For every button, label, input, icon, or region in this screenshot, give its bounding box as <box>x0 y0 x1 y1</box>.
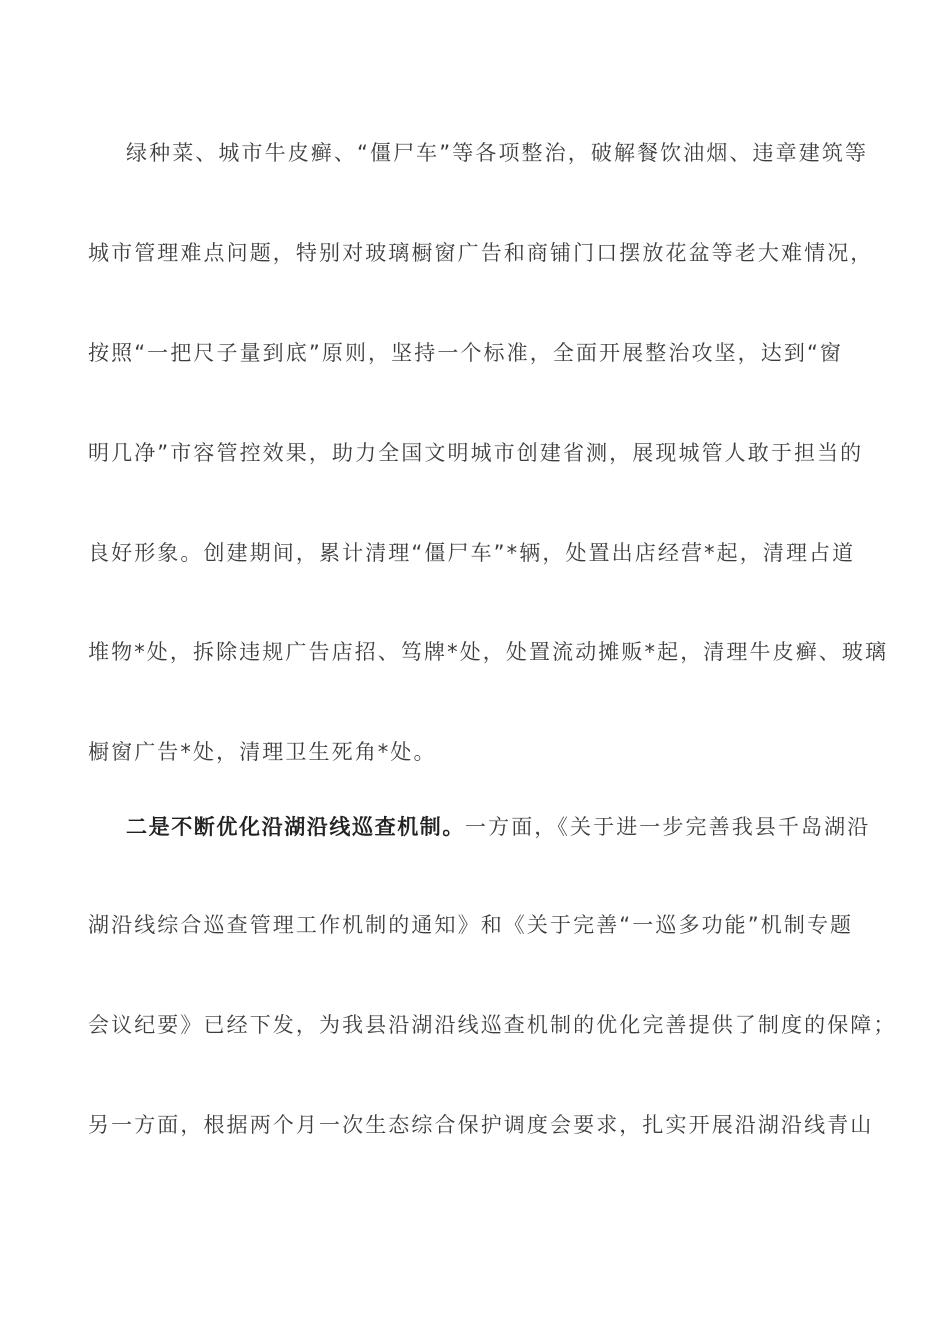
paragraph-1-line-3: 按照“一把尺子量到底”原则，坚持一个标准，全面开展整治攻坚，达到“窗 <box>88 338 868 368</box>
document-page: 绿种菜、城市牛皮癣、“僵尸车”等各项整治，破解餐饮油烟、违章建筑等 城市管理难点… <box>0 0 950 1344</box>
paragraph-2-line-4: 另一方面，根据两个月一次生态综合保护调度会要求，扎实开展沿湖沿线青山 <box>88 1110 868 1140</box>
paragraph-1-line-2: 城市管理难点问题，特别对玻璃橱窗广告和商铺门口摆放花盆等老大难情况， <box>88 238 868 268</box>
paragraph-1-line-5: 良好形象。创建期间，累计清理“僵尸车”*辆，处置出店经营*起，清理占道 <box>88 538 868 568</box>
paragraph-1-line-7: 橱窗广告*处，清理卫生死角*处。 <box>88 737 868 767</box>
paragraph-2-line-3: 会议纪要》已经下发，为我县沿湖沿线巡查机制的优化完善提供了制度的保障； <box>88 1010 868 1040</box>
paragraph-2-first-line-text: 一方面，《关于进一步完善我县千岛湖沿 <box>465 815 870 839</box>
paragraph-1-line-4: 明几净”市容管控效果，助力全国文明城市创建省测，展现城管人敢于担当的 <box>88 438 868 468</box>
paragraph-1-line-6: 堆物*处，拆除违规广告店招、笃牌*处，处置流动摊贩*起，清理牛皮癣、玻璃 <box>88 637 868 667</box>
paragraph-1-line-1: 绿种菜、城市牛皮癣、“僵尸车”等各项整治，破解餐饮油烟、违章建筑等 <box>126 138 906 168</box>
paragraph-2-heading: 二是不断优化沿湖沿线巡查机制。 <box>126 815 465 839</box>
paragraph-2-line-1: 二是不断优化沿湖沿线巡查机制。一方面，《关于进一步完善我县千岛湖沿 <box>126 812 906 842</box>
paragraph-2-line-2: 湖沿线综合巡查管理工作机制的通知》和《关于完善“一巡多功能”机制专题 <box>88 910 868 940</box>
